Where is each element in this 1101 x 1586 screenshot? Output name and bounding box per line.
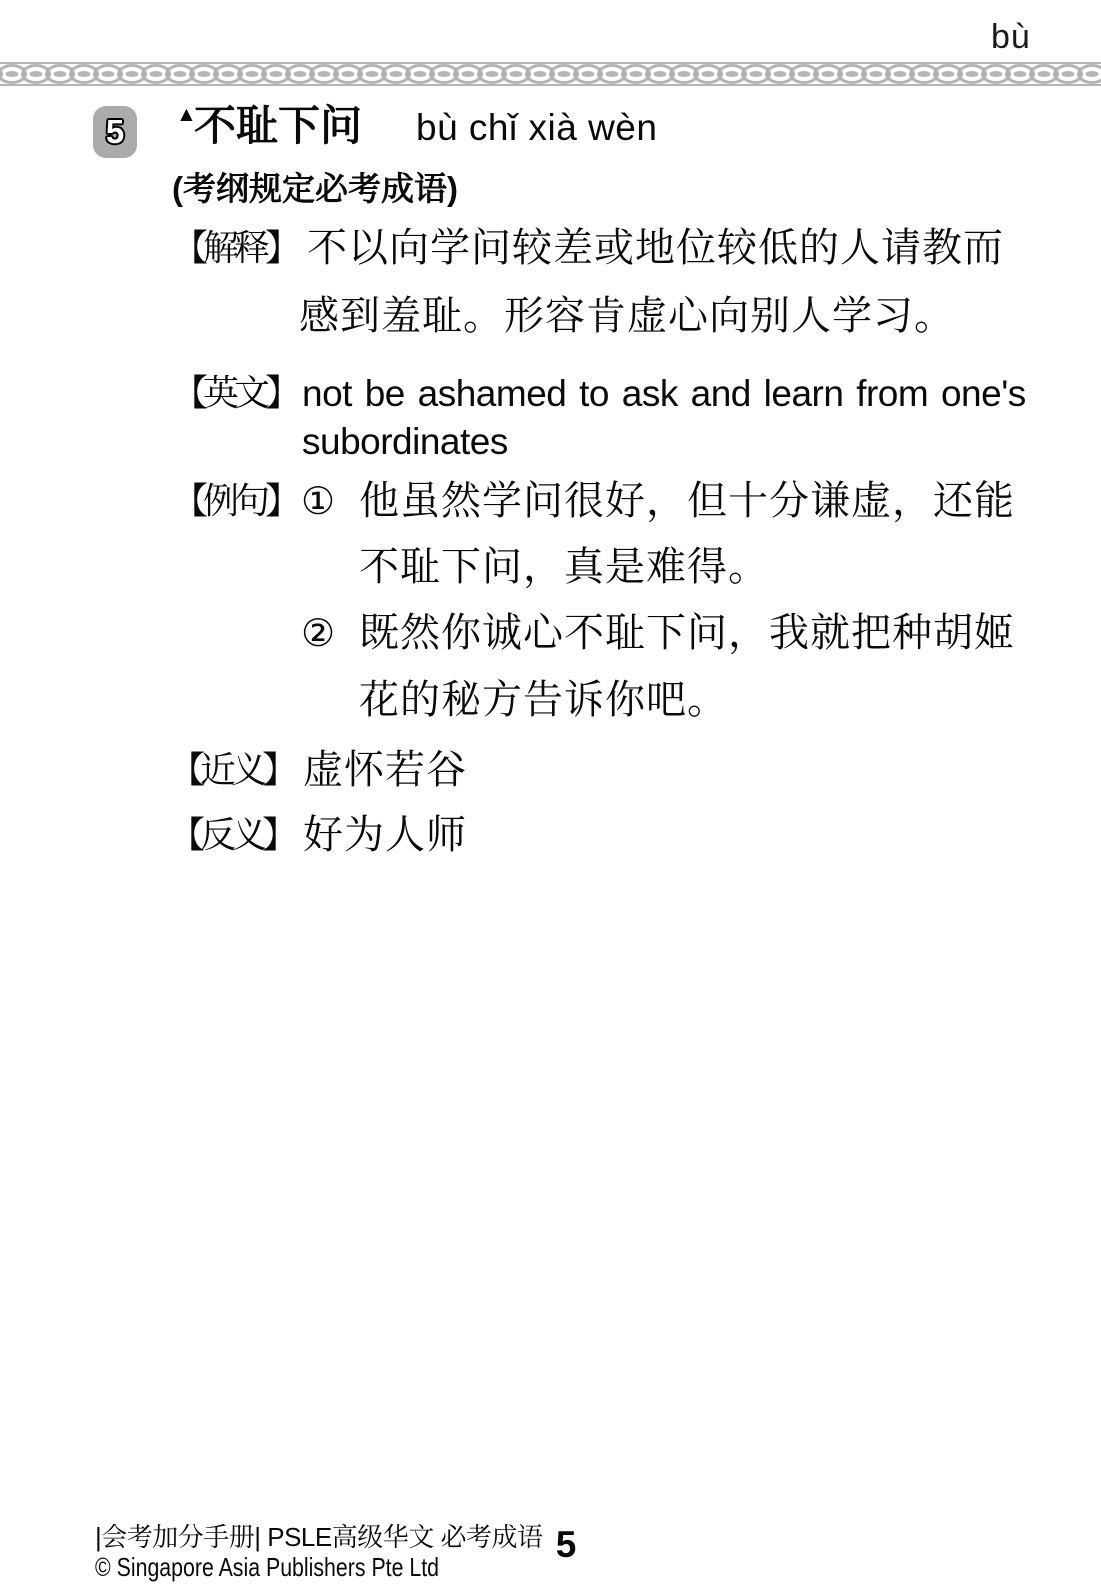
- definition-label: 【解释】: [172, 226, 296, 270]
- synonym-text: 虚怀若谷: [303, 748, 467, 792]
- chain-border-pattern: [0, 62, 1101, 86]
- definition-line: 感到羞耻。形容肯虚心向别人学习。: [299, 294, 955, 338]
- idiom-pinyin: bù chǐ xià wèn: [416, 106, 657, 150]
- english-line: not be ashamed to ask and learn from one…: [302, 373, 1026, 415]
- example-1-line: 他虽然学问很好，但十分谦虚，还能: [359, 479, 1015, 523]
- syllabus-note: (考纲规定必考成语): [172, 170, 458, 208]
- antonym-label: 【反义】: [169, 813, 293, 857]
- running-head-pinyin: bù: [991, 18, 1031, 57]
- idiom-headword: 不耻下问: [194, 102, 362, 150]
- example-2-marker: ②: [301, 612, 335, 656]
- page-number: 5: [544, 1524, 588, 1566]
- entry-number: 5: [106, 113, 124, 151]
- entry-number-badge: 5: [93, 106, 137, 158]
- antonym-text: 好为人师: [303, 813, 467, 857]
- example-2-line: 花的秘方告诉你吧。: [359, 678, 728, 722]
- english-line: subordinates: [302, 421, 508, 463]
- example-2-line: 既然你诚心不耻下问，我就把种胡姬: [359, 611, 1015, 655]
- synonym-label: 【近义】: [169, 748, 293, 792]
- english-label: 【英文】: [172, 371, 296, 415]
- example-1-marker: ①: [301, 480, 335, 524]
- book-page: bù: [0, 0, 1101, 1586]
- examples-label: 【例句】: [172, 479, 296, 523]
- example-1-line: 不耻下问，真是难得。: [359, 545, 769, 589]
- footer-book-title: |会考加分手册| PSLE高级华文 必考成语: [95, 1522, 542, 1552]
- definition-line: 不以向学问较差或地位较低的人请教而: [307, 226, 1004, 270]
- footer-copyright: © Singapore Asia Publishers Pte Ltd: [95, 1552, 439, 1582]
